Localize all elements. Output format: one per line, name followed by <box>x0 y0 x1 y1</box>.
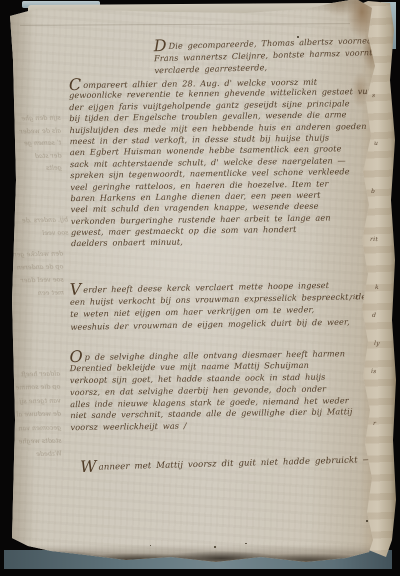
adjacent-page-text-fragment: ly <box>374 340 380 347</box>
paragraph-3: Op de selvighe dinghe alle ontvang diesm… <box>69 347 376 434</box>
bleedthrough-line: als de weder <box>20 124 62 137</box>
paragraph-1: Compareert alhier den 28. Aug. d' welcke… <box>69 75 373 250</box>
bleedthrough-line: op de anderen <box>14 260 64 274</box>
ink-speck <box>366 520 368 522</box>
header-inscription: DDie gecompareerde, Thomas albertsz voor… <box>154 34 391 77</box>
manuscript-page: sijn den ghe als de weder t' samen ge de… <box>6 0 376 566</box>
bleedthrough-line: bij. anders .de <box>22 214 69 228</box>
bleedthrough-line: van tgene sij <box>16 394 61 408</box>
ink-speck <box>214 546 216 548</box>
adjacent-page-text-fragment: u <box>374 140 378 147</box>
adjacent-page-text-fragment: r <box>373 420 376 427</box>
initial-capital: W <box>80 457 96 476</box>
ink-speck <box>245 543 247 544</box>
ink-speck <box>150 545 151 546</box>
manuscript-line: Wanneer met Mattij voorsz dit guit niet … <box>80 453 380 473</box>
bleedthrough-line: stadts weghe <box>16 435 61 449</box>
adjacent-page-text-fragment: b <box>371 188 375 195</box>
adjacent-page-text-fragment: is <box>371 368 377 375</box>
ink-bleedthrough-lower: aldaer heeft op die somme van tgene sij … <box>15 368 62 463</box>
bleedthrough-line: den welcke ger <box>13 247 63 261</box>
bleedthrough-line: met een <box>14 286 64 300</box>
bleedthrough-line: soe veel daer <box>14 273 64 287</box>
margin-text-fragment: rit <box>350 293 358 301</box>
adjacent-page-text-fragment: rit <box>370 236 378 243</box>
bleedthrough-line: sijn den ghe <box>19 112 61 125</box>
ink-speck <box>297 36 299 38</box>
bleedthrough-line: aldaer heeft <box>15 368 60 382</box>
bleedthrough-line: soo veel <box>22 226 69 240</box>
closing-line: Wanneer met Mattij voorsz dit guit niet … <box>80 453 380 473</box>
adjacent-page-text-fragment: s <box>372 92 376 99</box>
ink-bleedthrough-center: den welcke ger op de anderen soe veel da… <box>13 247 64 300</box>
bleedthrough-line: Wzbede <box>17 448 62 462</box>
paragraph-2: Verder heeft deese kerck verclaert mette… <box>70 278 373 333</box>
ink-bleedthrough-upper: sijn den ghe als de weder t' samen ge de… <box>19 112 62 176</box>
bleedthrough-line: op die somme <box>15 381 60 395</box>
adjacent-page-text-fragment: k <box>375 284 379 291</box>
bleedthrough-line: der stad <box>20 149 62 162</box>
bleedthrough-line: de weduwe al <box>16 408 61 422</box>
closing-line-text: anneer met Mattij voorsz dit guit niet h… <box>98 455 388 473</box>
bleedthrough-line: gelts <box>20 162 62 175</box>
bleedthrough-line: t' samen ge <box>20 137 62 150</box>
adjacent-page-text-fragment: d <box>372 312 376 319</box>
bleedthrough-line: gecomen van <box>16 421 61 435</box>
ink-bleedthrough-mid: bij. anders .de soo veel <box>22 214 69 240</box>
paper-crease <box>20 23 350 26</box>
archive-photo-of-manuscript: s u b rit k d ly is r sijn den ghe als d… <box>0 0 400 576</box>
